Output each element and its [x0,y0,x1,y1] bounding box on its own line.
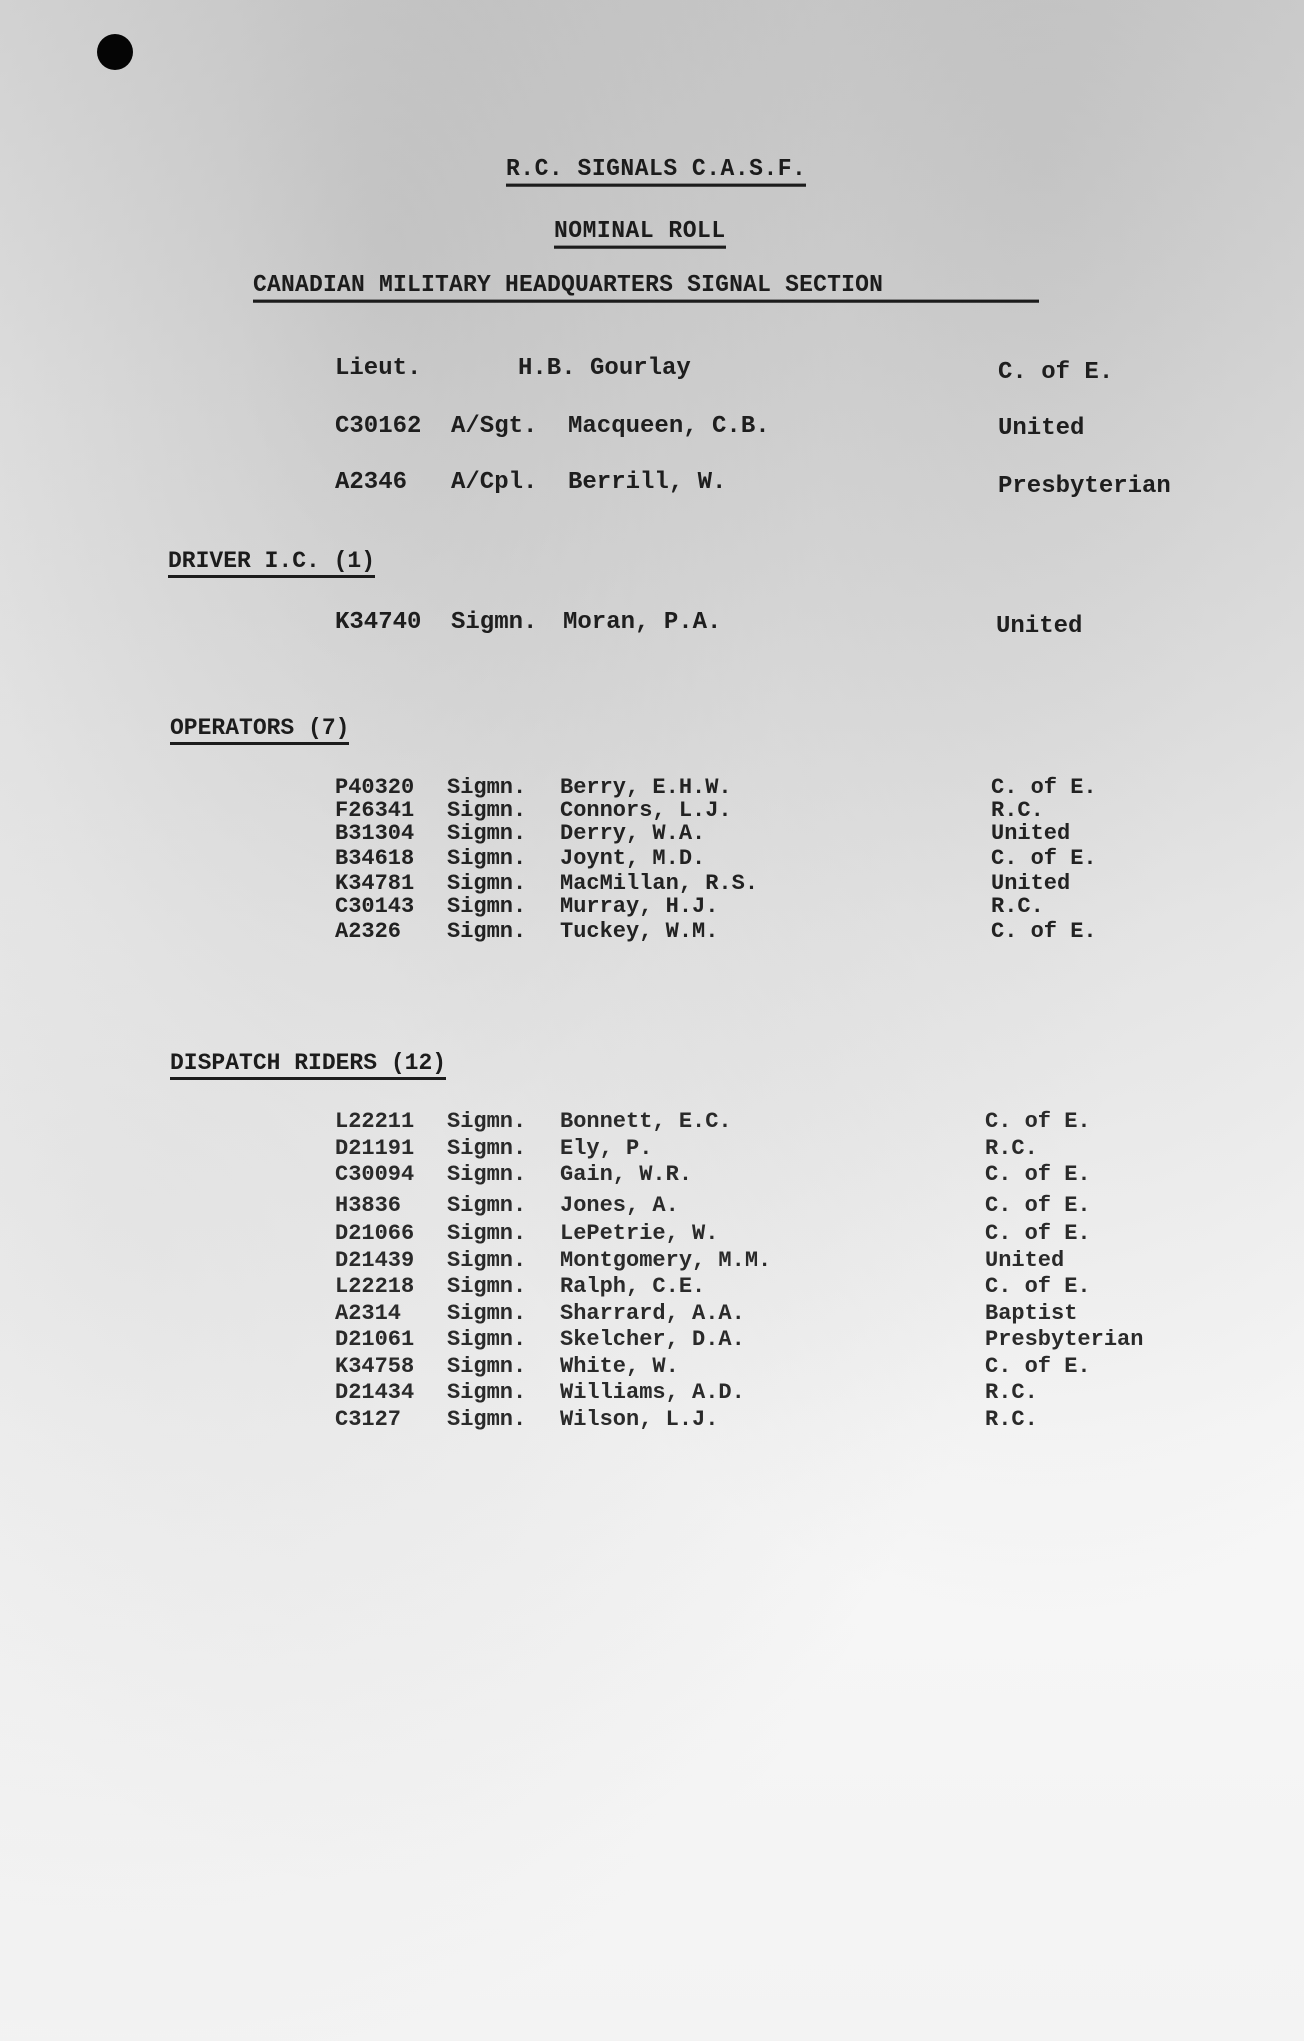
member-name: Murray, H.J. [560,895,718,919]
rank: A/Sgt. [451,413,537,441]
rank: Sigmn. [447,1328,526,1352]
service-number: A2314 [335,1302,401,1326]
rank: Sigmn. [447,1137,526,1161]
religion: C. of E. [991,920,1097,944]
service-number: Lieut. [335,355,421,383]
member-name: Derry, W.A. [560,822,705,846]
member-name: Berry, E.H.W. [560,776,732,800]
member-name: Montgomery, M.M. [560,1249,771,1273]
religion: C. of E. [985,1222,1091,1246]
rank: Sigmn. [447,799,526,823]
religion: C. of E. [985,1194,1091,1218]
service-number: B34618 [335,847,414,871]
member-name: Jones, A. [560,1194,679,1218]
rank: Sigmn. [447,1302,526,1326]
service-number: A2346 [335,469,407,497]
rank: Sigmn. [447,822,526,846]
service-number: L22211 [335,1110,414,1134]
member-name: Ely, P. [560,1137,652,1161]
religion: United [996,613,1082,641]
rank: Sigmn. [447,1355,526,1379]
member-name: Moran, P.A. [563,609,721,637]
service-number: D21066 [335,1222,414,1246]
member-name: Tuckey, W.M. [560,920,718,944]
member-name: Wilson, L.J. [560,1408,718,1432]
service-number: K34758 [335,1355,414,1379]
service-number: B31304 [335,822,414,846]
service-number: K34740 [335,609,421,637]
rank: Sigmn. [447,847,526,871]
member-name: Joynt, M.D. [560,847,705,871]
rank: Sigmn. [447,1408,526,1432]
document-title-section: CANADIAN MILITARY HEADQUARTERS SIGNAL SE… [253,271,1039,303]
religion: Baptist [985,1302,1077,1326]
member-name: Macqueen, C.B. [568,413,770,441]
service-number: K34781 [335,872,414,896]
service-number: D21191 [335,1137,414,1161]
member-name: MacMillan, R.S. [560,872,758,896]
rank: Sigmn. [447,1249,526,1273]
service-number: D21061 [335,1328,414,1352]
service-number: H3836 [335,1194,401,1218]
rank: Sigmn. [447,1222,526,1246]
religion: C. of E. [985,1163,1091,1187]
document-title-unit: R.C. SIGNALS C.A.S.F. [506,155,806,187]
rank: Sigmn. [447,1194,526,1218]
member-name: Ralph, C.E. [560,1275,705,1299]
service-number: C3127 [335,1408,401,1432]
member-name: LePetrie, W. [560,1222,718,1246]
rank: Sigmn. [447,776,526,800]
member-name: H.B. Gourlay [518,355,691,383]
rank: Sigmn. [447,920,526,944]
service-number: F26341 [335,799,414,823]
rank: Sigmn. [447,1275,526,1299]
hole-punch-mark [97,34,133,70]
member-name: Connors, L.J. [560,799,732,823]
religion: Presbyterian [998,473,1171,501]
religion: Presbyterian [985,1328,1143,1352]
religion: United [991,872,1070,896]
rank: Sigmn. [447,1110,526,1134]
rank: Sigmn. [447,1163,526,1187]
service-number: C30143 [335,895,414,919]
rank: Sigmn. [451,609,537,637]
section-heading-operators: OPERATORS (7) [170,715,349,745]
member-name: Bonnett, E.C. [560,1110,732,1134]
service-number: C30162 [335,413,421,441]
member-name: White, W. [560,1355,679,1379]
religion: R.C. [985,1408,1038,1432]
rank: A/Cpl. [451,469,537,497]
religion: United [991,822,1070,846]
service-number: D21434 [335,1381,414,1405]
service-number: P40320 [335,776,414,800]
member-name: Berrill, W. [568,469,726,497]
document-title-roll: NOMINAL ROLL [554,217,726,249]
religion: C. of E. [985,1355,1091,1379]
rank: Sigmn. [447,1381,526,1405]
service-number: L22218 [335,1275,414,1299]
member-name: Gain, W.R. [560,1163,692,1187]
scanned-page [0,0,1304,2041]
religion: C. of E. [998,359,1113,387]
religion: United [985,1249,1064,1273]
rank: Sigmn. [447,895,526,919]
member-name: Williams, A.D. [560,1381,745,1405]
religion: R.C. [985,1137,1038,1161]
religion: C. of E. [991,847,1097,871]
service-number: A2326 [335,920,401,944]
religion: R.C. [991,799,1044,823]
religion: R.C. [991,895,1044,919]
religion: C. of E. [985,1275,1091,1299]
member-name: Sharrard, A.A. [560,1302,745,1326]
religion: R.C. [985,1381,1038,1405]
religion: United [998,415,1084,443]
religion: C. of E. [991,776,1097,800]
service-number: C30094 [335,1163,414,1187]
rank: Sigmn. [447,872,526,896]
religion: C. of E. [985,1110,1091,1134]
service-number: D21439 [335,1249,414,1273]
member-name: Skelcher, D.A. [560,1328,745,1352]
section-heading-driver: DRIVER I.C. (1) [168,548,375,578]
section-heading-dispatch-riders: DISPATCH RIDERS (12) [170,1050,446,1080]
